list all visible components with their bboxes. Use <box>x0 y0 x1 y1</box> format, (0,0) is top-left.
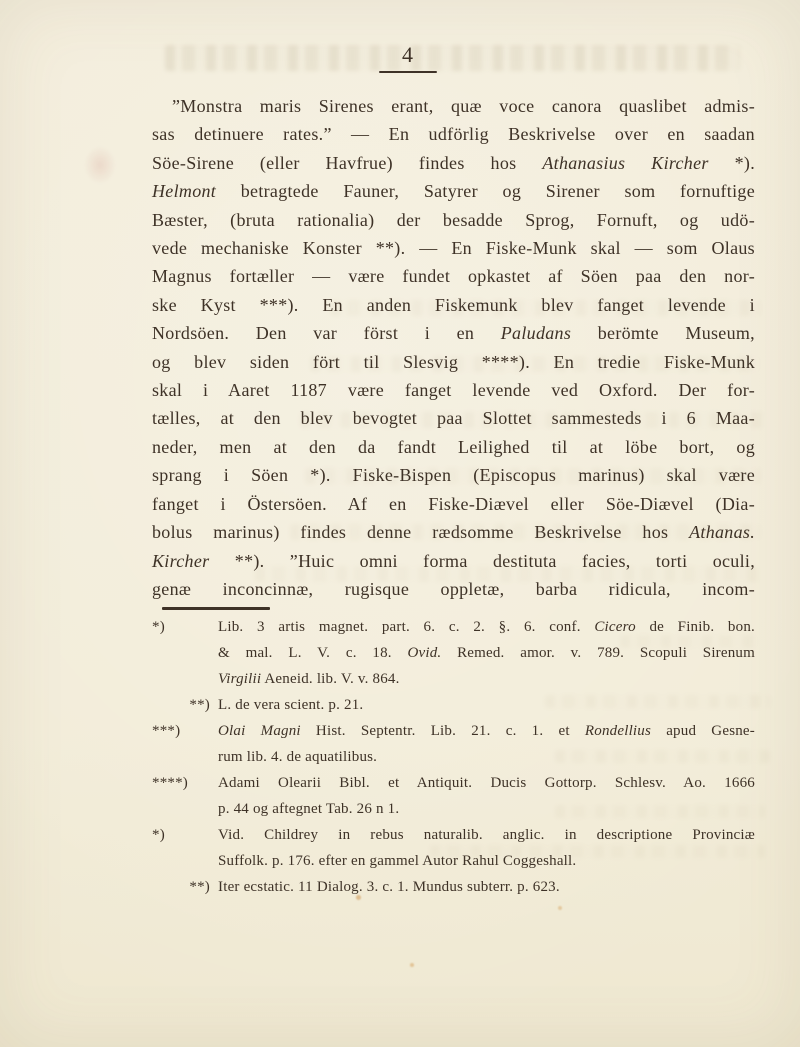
text-segment: skal i Aaret 1187 være fanget levende ve… <box>152 380 755 400</box>
footnote-line: p. 44 og aftegnet Tab. 26 n 1. <box>152 796 755 822</box>
text-segment: Suffolk. p. 176. efter en gammel Autor R… <box>218 853 576 869</box>
footnotes: *)Lib. 3 artis magnet. part. 6. c. 2. §.… <box>152 614 755 900</box>
foxing-spot <box>558 906 562 910</box>
footnote-line: Suffolk. p. 176. efter en gammel Autor R… <box>152 848 755 874</box>
footnote-line: *)Lib. 3 artis magnet. part. 6. c. 2. §.… <box>152 614 755 640</box>
body-line: skal i Aaret 1187 være fanget levende ve… <box>152 376 755 404</box>
footnote-marker: *) <box>152 822 210 848</box>
italic-text: Ovid. <box>407 645 441 661</box>
scanned-page: 4 ”Monstra maris Sirenes erant, quæ voce… <box>0 0 800 1047</box>
text-segment: Bæster, (bruta rationalia) der besadde S… <box>152 210 755 230</box>
text-segment: ske Kyst ***). En anden Fiskemunk blev f… <box>152 295 755 315</box>
body-line: Nordsöen. Den var först i en Paludans be… <box>152 319 755 347</box>
italic-text: Kircher <box>152 551 209 571</box>
text-segment: genæ inconcinnæ, rugisque oppletæ, barba… <box>152 579 755 599</box>
text-segment: Lib. 3 artis magnet. part. 6. c. 2. §. 6… <box>218 619 594 635</box>
italic-text: Athanasius Kircher <box>542 153 708 173</box>
footnote-marker: *) <box>152 614 210 640</box>
footnote-line: **)Iter ecstatic. 11 Dialog. 3. c. 1. Mu… <box>152 874 755 900</box>
text-segment: apud Gesne- <box>651 723 755 739</box>
text-segment: vede mechaniske Konster **). — En Fiske-… <box>152 238 755 258</box>
body-line: sas detinuere rates.” — En udförlig Besk… <box>152 120 755 148</box>
text-segment: betragtede Fauner, Satyrer og Sirener so… <box>216 181 755 201</box>
text-segment: berömte Museum, <box>571 323 755 343</box>
body-line: og blev siden fört til Slesvig ****). En… <box>152 348 755 376</box>
paper-smudge <box>84 146 116 184</box>
text-segment: sas detinuere rates.” — En udförlig Besk… <box>152 124 755 144</box>
text-segment: & mal. L. V. c. 18. <box>218 645 407 661</box>
text-segment: ”Monstra maris Sirenes erant, quæ voce c… <box>172 96 755 116</box>
body-line: sprang i Söen *). Fiske-Bispen (Episcopu… <box>152 461 755 489</box>
footnote-line: ***)Olai Magni Hist. Septentr. Lib. 21. … <box>152 718 755 744</box>
body-line: Söe-Sirene (eller Havfrue) findes hos At… <box>152 149 755 177</box>
text-segment: sprang i Söen *). Fiske-Bispen (Episcopu… <box>152 465 755 485</box>
body-line: Magnus fortæller — være fundet opkastet … <box>152 262 755 290</box>
footnote-marker: **) <box>152 874 210 900</box>
text-segment: Söe-Sirene (eller Havfrue) findes hos <box>152 153 542 173</box>
footnote: **)L. de vera scient. p. 21. <box>152 692 755 718</box>
page-number: 4 <box>379 44 437 66</box>
text-segment: bolus marinus) findes denne rædsomme Bes… <box>152 522 689 542</box>
italic-text: Helmont <box>152 181 216 201</box>
footnote-marker: ***) <box>152 718 210 744</box>
footnote-line: **)L. de vera scient. p. 21. <box>152 692 755 718</box>
footnote-line: rum lib. 4. de aquatilibus. <box>152 744 755 770</box>
text-segment: *). <box>709 153 755 173</box>
body-line: fanget i Östersöen. Af en Fiske-Diævel e… <box>152 490 755 518</box>
footnote: **)Iter ecstatic. 11 Dialog. 3. c. 1. Mu… <box>152 874 755 900</box>
text-segment: Hist. Septentr. Lib. 21. c. 1. et <box>301 723 585 739</box>
text-segment: Adami Olearii Bibl. et Antiquit. Ducis G… <box>218 775 755 791</box>
text-segment: Aeneid. lib. V. v. 864. <box>261 671 399 687</box>
footnote-line: & mal. L. V. c. 18. Ovid. Remed. amor. v… <box>152 640 755 666</box>
text-segment: de Finib. bon. <box>636 619 755 635</box>
text-segment: L. de vera scient. p. 21. <box>218 697 363 713</box>
body-text: ”Monstra maris Sirenes erant, quæ voce c… <box>152 92 755 603</box>
body-line: ”Monstra maris Sirenes erant, quæ voce c… <box>152 92 755 120</box>
footnote-line: Virgilii Aeneid. lib. V. v. 864. <box>152 666 755 692</box>
text-segment: tælles, at den blev bevogtet paa Slottet… <box>152 408 755 428</box>
text-segment: p. 44 og aftegnet Tab. 26 n 1. <box>218 801 399 817</box>
text-segment: Magnus fortæller — være fundet opkastet … <box>152 266 755 286</box>
page-header: 4 <box>379 44 437 73</box>
text-segment: Remed. amor. v. 789. Scopuli Sirenum <box>441 645 755 661</box>
page-number-rule <box>379 71 437 73</box>
text-segment: Nordsöen. Den var först i en <box>152 323 501 343</box>
italic-text: Paludans <box>501 323 571 343</box>
footnote-separator <box>162 607 270 610</box>
footnote: *)Vid. Childrey in rebus naturalib. angl… <box>152 822 755 874</box>
text-segment: fanget i Östersöen. Af en Fiske-Diævel e… <box>152 494 755 514</box>
text-segment: neder, men at den da fandt Leilighed til… <box>152 437 755 457</box>
body-line: Bæster, (bruta rationalia) der besadde S… <box>152 206 755 234</box>
text-segment: Iter ecstatic. 11 Dialog. 3. c. 1. Mundu… <box>218 879 560 895</box>
italic-text: Cicero <box>594 619 635 635</box>
footnote-marker: ****) <box>152 770 210 796</box>
foxing-spot <box>410 963 414 967</box>
text-segment: rum lib. 4. de aquatilibus. <box>218 749 377 765</box>
body-line: genæ inconcinnæ, rugisque oppletæ, barba… <box>152 575 755 603</box>
text-segment: Vid. Childrey in rebus naturalib. anglic… <box>218 827 755 843</box>
text-segment: og blev siden fört til Slesvig ****). En… <box>152 352 755 372</box>
footnote-marker: **) <box>152 692 210 718</box>
body-line: Kircher **). ”Huic omni forma destituta … <box>152 547 755 575</box>
body-line: bolus marinus) findes denne rædsomme Bes… <box>152 518 755 546</box>
italic-text: Rondellius <box>585 723 651 739</box>
body-line: Helmont betragtede Fauner, Satyrer og Si… <box>152 177 755 205</box>
text-segment: **). ”Huic omni forma destituta facies, … <box>209 551 755 571</box>
body-line: ske Kyst ***). En anden Fiskemunk blev f… <box>152 291 755 319</box>
body-line: vede mechaniske Konster **). — En Fiske-… <box>152 234 755 262</box>
bleed-through-ghost <box>165 45 740 71</box>
footnote: ****)Adami Olearii Bibl. et Antiquit. Du… <box>152 770 755 822</box>
italic-text: Olai Magni <box>218 723 301 739</box>
footnote: ***)Olai Magni Hist. Septentr. Lib. 21. … <box>152 718 755 770</box>
footnote-line: ****)Adami Olearii Bibl. et Antiquit. Du… <box>152 770 755 796</box>
body-line: neder, men at den da fandt Leilighed til… <box>152 433 755 461</box>
footnote: *)Lib. 3 artis magnet. part. 6. c. 2. §.… <box>152 614 755 692</box>
italic-text: Virgilii <box>218 671 261 687</box>
body-line: tælles, at den blev bevogtet paa Slottet… <box>152 404 755 432</box>
footnote-line: *)Vid. Childrey in rebus naturalib. angl… <box>152 822 755 848</box>
italic-text: Athanas. <box>689 522 755 542</box>
